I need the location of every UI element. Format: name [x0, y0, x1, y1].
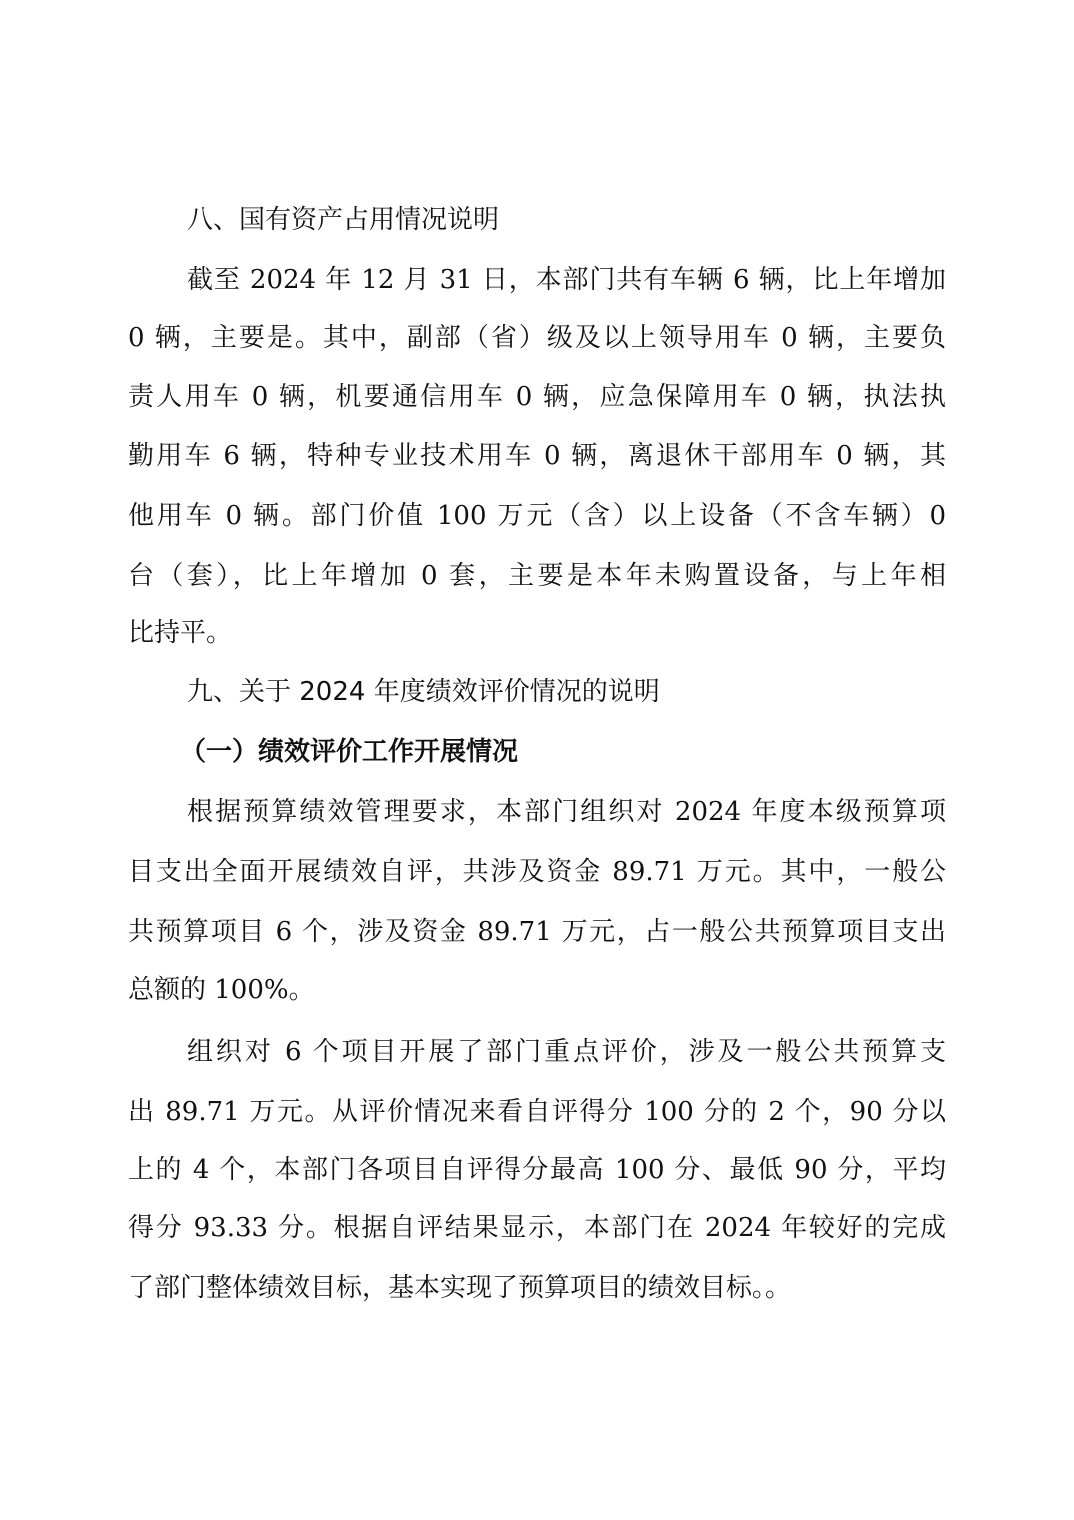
paragraph-line: 目支出全面开展绩效自评，共涉及资金 89.71 万元。其中，一般公: [128, 852, 946, 892]
paragraph-line: 他用车 0 辆。部门价值 100 万元（含）以上设备（不含车辆）0: [128, 496, 946, 536]
paragraph-line: 出 89.71 万元。从评价情况来看自评得分 100 分的 2 个，90 分以: [128, 1092, 946, 1132]
paragraph-line: 截至 2024 年 12 月 31 日，本部门共有车辆 6 辆，比上年增加: [187, 260, 946, 300]
paragraph-line: 总额的 100%。: [128, 970, 946, 1010]
paragraph-line: 勤用车 6 辆，特种专业技术用车 0 辆，离退休干部用车 0 辆，其: [128, 436, 946, 476]
paragraph-line: 上的 4 个，本部门各项目自评得分最高 100 分、最低 90 分，平均: [128, 1150, 946, 1190]
subsection-1-heading: （一）绩效评价工作开展情况: [180, 732, 518, 772]
section-8-heading: 八、国有资产占用情况说明: [187, 200, 499, 240]
paragraph-line: 0 辆，主要是。其中，副部（省）级及以上领导用车 0 辆，主要负: [128, 318, 946, 358]
paragraph-line: 共预算项目 6 个，涉及资金 89.71 万元，占一般公共预算项目支出: [128, 912, 946, 952]
paragraph-line: 了部门整体绩效目标，基本实现了预算项目的绩效目标。。: [128, 1268, 946, 1308]
paragraph-line: 台（套），比上年增加 0 套，主要是本年未购置设备，与上年相: [128, 556, 946, 596]
document-page: 八、国有资产占用情况说明 截至 2024 年 12 月 31 日，本部门共有车辆…: [0, 0, 1074, 1520]
paragraph-line: 组织对 6 个项目开展了部门重点评价，涉及一般公共预算支: [187, 1032, 946, 1072]
paragraph-line: 责人用车 0 辆，机要通信用车 0 辆，应急保障用车 0 辆，执法执: [128, 377, 946, 417]
paragraph-line: 比持平。: [128, 613, 946, 653]
paragraph-line: 根据预算绩效管理要求，本部门组织对 2024 年度本级预算项: [187, 792, 946, 832]
paragraph-line: 得分 93.33 分。根据自评结果显示，本部门在 2024 年较好的完成: [128, 1208, 946, 1248]
section-9-heading: 九、关于 2024 年度绩效评价情况的说明: [187, 672, 660, 712]
